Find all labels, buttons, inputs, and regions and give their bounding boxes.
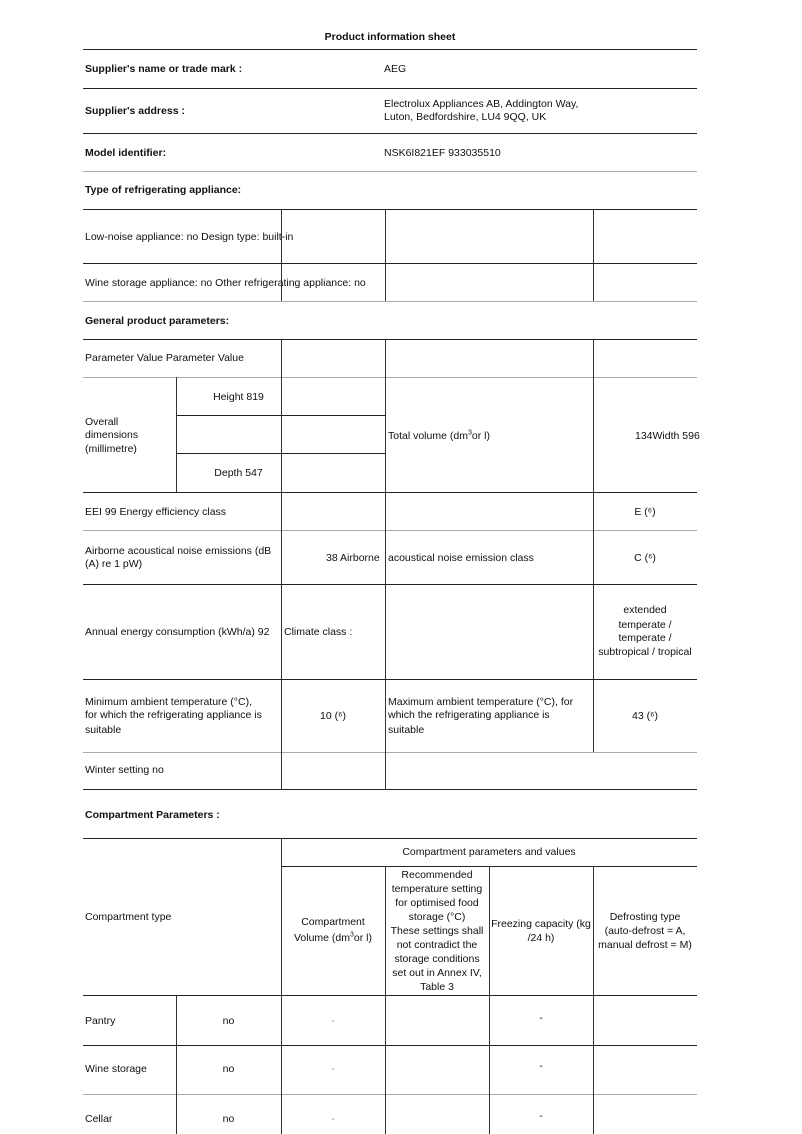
divider bbox=[83, 679, 697, 680]
low-noise-row: Low-noise appliance: no Design type: bui… bbox=[85, 231, 293, 245]
divider bbox=[83, 492, 697, 493]
supplier-address-line1: Electrolux Appliances AB, Addington Way, bbox=[384, 98, 578, 112]
wine-storage-row: Wine storage appliance: no Other refrige… bbox=[85, 277, 366, 291]
max-temp-value: 43 (⁶) bbox=[593, 710, 697, 724]
model-label: Model identifier: bbox=[85, 147, 166, 161]
divider bbox=[83, 49, 697, 50]
supplier-address-label: Supplier's address : bbox=[85, 105, 185, 119]
model-value: NSK6I821EF 933035510 bbox=[384, 147, 501, 161]
divider bbox=[83, 209, 697, 210]
col-defrost-header: Defrosting type bbox=[591, 911, 699, 925]
climate-value: temperate / bbox=[588, 632, 702, 646]
grid-line bbox=[281, 209, 282, 301]
divider bbox=[83, 171, 697, 172]
supplier-name-label: Supplier's name or trade mark : bbox=[85, 63, 242, 77]
divider bbox=[83, 339, 697, 340]
col-volume-header: Volume (dm3or l) bbox=[281, 932, 385, 946]
grid-line bbox=[281, 339, 282, 789]
compartment-present: no bbox=[176, 1015, 281, 1029]
grid-line bbox=[489, 866, 490, 1134]
max-temp-label: which the refrigerating appliance is bbox=[388, 709, 550, 723]
col-temp-header: These settings shall bbox=[385, 925, 489, 939]
col-freezing-header: /24 h) bbox=[487, 932, 595, 946]
divider bbox=[83, 263, 697, 264]
compartment-volume: - bbox=[281, 1113, 385, 1127]
col-freezing-header: Freezing capacity (kg bbox=[487, 918, 595, 932]
col-defrost-header: manual defrost = M) bbox=[591, 939, 699, 953]
grid-line bbox=[176, 377, 177, 492]
winter-setting: Winter setting no bbox=[85, 764, 164, 778]
total-volume-label: Total volume (dm3or l) bbox=[388, 430, 490, 444]
grid-line bbox=[593, 866, 594, 1134]
compartment-volume: - bbox=[281, 1063, 385, 1077]
compartment-type-header: Compartment type bbox=[85, 911, 171, 925]
page-title: Product information sheet bbox=[83, 31, 697, 45]
col-temp-header: for optimised food bbox=[385, 897, 489, 911]
grid-line bbox=[281, 838, 282, 1134]
col-temp-header: temperature setting bbox=[385, 883, 489, 897]
noise-label: Airborne acoustical noise emissions (dB bbox=[85, 545, 271, 559]
col-temp-header: Table 3 bbox=[385, 981, 489, 995]
col-temp-header: set out in Annex IV, bbox=[385, 967, 489, 981]
compartment-volume: - bbox=[281, 1015, 385, 1029]
depth-value: Depth 547 bbox=[176, 467, 301, 481]
dimensions-label: dimensions bbox=[85, 429, 138, 443]
annual-energy: Annual energy consumption (kWh/a) 92 bbox=[85, 626, 269, 640]
dimensions-label: (millimetre) bbox=[85, 443, 137, 457]
grid-line bbox=[385, 866, 386, 1134]
eei-label: EEI 99 Energy efficiency class bbox=[85, 506, 226, 520]
noise-label: (A) re 1 pW) bbox=[85, 558, 142, 572]
compartment-freezing: - bbox=[489, 1012, 593, 1026]
grid-line bbox=[593, 209, 594, 301]
min-temp-label: suitable bbox=[85, 724, 121, 738]
divider bbox=[83, 301, 697, 302]
supplier-address-line2: Luton, Bedfordshire, LU4 9QQ, UK bbox=[384, 111, 546, 125]
grid-line bbox=[385, 339, 386, 789]
col-temp-header: Recommended bbox=[385, 869, 489, 883]
compartment-present: no bbox=[176, 1063, 281, 1077]
max-temp-label: Maximum ambient temperature (°C), for bbox=[388, 696, 573, 710]
appliance-type-heading: Type of refrigerating appliance: bbox=[85, 184, 241, 198]
climate-value: subtropical / tropical bbox=[588, 646, 702, 660]
divider bbox=[83, 752, 697, 753]
divider bbox=[83, 838, 697, 839]
divider bbox=[83, 133, 697, 134]
compartment-type: Wine storage bbox=[85, 1063, 147, 1077]
divider bbox=[83, 530, 697, 531]
divider bbox=[83, 88, 697, 89]
noise-class-label: acoustical noise emission class bbox=[388, 552, 534, 566]
min-temp-label: Minimum ambient temperature (°C), bbox=[85, 696, 252, 710]
compartment-group-header: Compartment parameters and values bbox=[281, 846, 697, 860]
col-temp-header: storage conditions bbox=[385, 953, 489, 967]
compartment-freezing: - bbox=[489, 1060, 593, 1074]
divider bbox=[83, 584, 697, 585]
compartment-type: Cellar bbox=[85, 1113, 112, 1127]
general-heading: General product parameters: bbox=[85, 315, 229, 329]
compartment-present: no bbox=[176, 1113, 281, 1127]
col-temp-header: storage (°C) bbox=[385, 911, 489, 925]
col-defrost-header: (auto-defrost = A, bbox=[591, 925, 699, 939]
noise-value: 38 Airborne bbox=[326, 552, 380, 566]
total-volume-value: 134Width 596 bbox=[635, 430, 700, 444]
dimensions-label: Overall bbox=[85, 416, 118, 430]
compartment-freezing: - bbox=[489, 1110, 593, 1124]
min-temp-label: for which the refrigerating appliance is bbox=[85, 709, 262, 723]
param-header-row: Parameter Value Parameter Value bbox=[85, 352, 244, 366]
min-temp-value: 10 (⁶) bbox=[281, 710, 385, 724]
climate-value: temperate / bbox=[588, 619, 702, 633]
supplier-name-value: AEG bbox=[384, 63, 406, 77]
compartment-type: Pantry bbox=[85, 1015, 115, 1029]
climate-value: extended bbox=[588, 604, 702, 618]
col-volume-header: Compartment bbox=[281, 916, 385, 930]
compartment-heading: Compartment Parameters : bbox=[85, 809, 220, 823]
max-temp-label: suitable bbox=[388, 724, 424, 738]
climate-label: Climate class : bbox=[284, 626, 352, 640]
col-temp-header: not contradict the bbox=[385, 939, 489, 953]
grid-line bbox=[593, 339, 594, 752]
grid-line bbox=[385, 209, 386, 301]
height-value: Height 819 bbox=[176, 391, 301, 405]
noise-class-value: C (⁶) bbox=[593, 552, 697, 566]
divider bbox=[83, 789, 697, 790]
energy-class-value: E (⁶) bbox=[593, 506, 697, 520]
grid-line bbox=[176, 995, 177, 1134]
